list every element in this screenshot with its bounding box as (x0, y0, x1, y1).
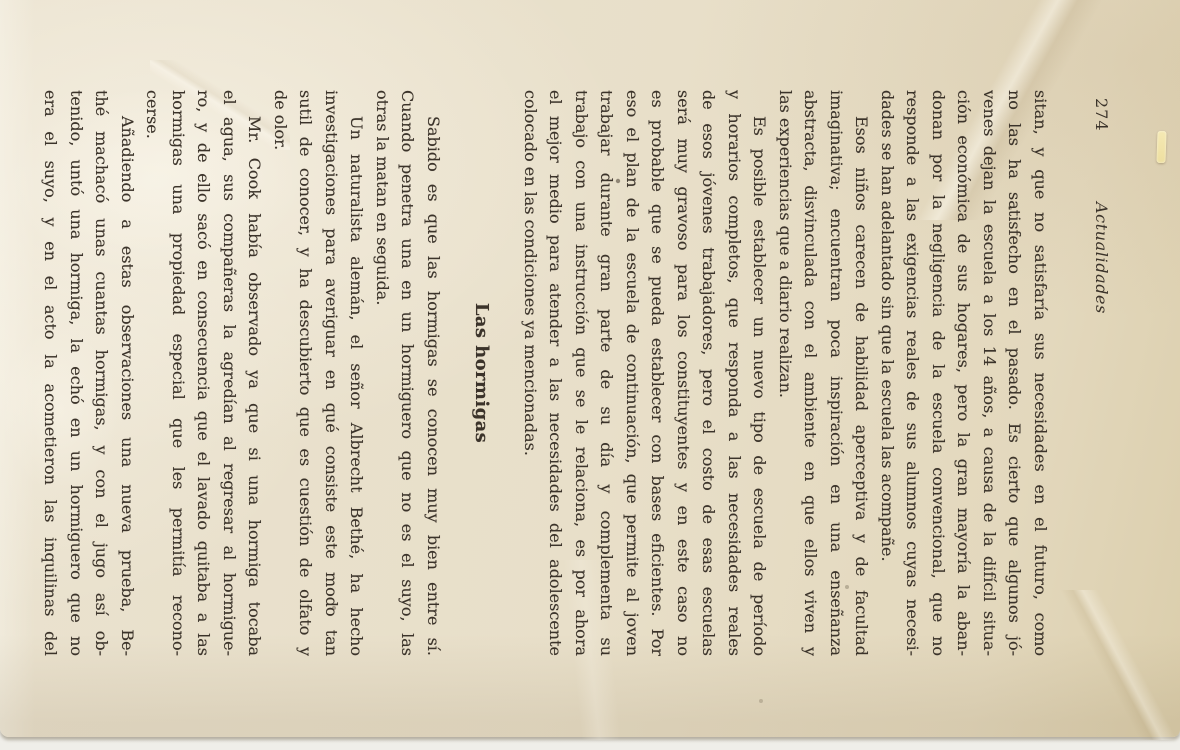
text-line: era el suyo, y en el acto la acometieron… (38, 90, 64, 656)
text-line: imaginativa; encuentran poca inspiración… (824, 90, 850, 656)
text-line: responde a las exigencias reales de sus … (900, 90, 926, 656)
text-line: otras la matan en seguida. (370, 90, 396, 656)
text-line: cerse. (140, 90, 166, 656)
text-line: Cuando penetra una en un hormiguero que … (395, 90, 421, 656)
text-line: dades se han adelantado sin que la escue… (875, 90, 901, 656)
text-line: hormigas una propiedad especial que les … (166, 90, 192, 656)
running-head: 274 Actualidades (1085, 90, 1111, 656)
text-line: el mejor medio para atender a las necesi… (543, 90, 569, 656)
text-line: Es posible establecer un nuevo tipo de e… (747, 90, 773, 656)
paragraph-block-2: Sabido es que las hormigas se conocen mu… (38, 90, 446, 656)
text-line: trabajo con una instrucción que se le re… (569, 90, 595, 656)
text-line: de olor. (268, 90, 294, 656)
text-line: las experiencias que a diario realizan. (773, 90, 799, 656)
text-line: Mr. Cook había observado ya que si una h… (242, 90, 268, 656)
page-number: 274 (1092, 98, 1111, 132)
text-line: venes dejan la escuela a los 14 años, a … (977, 90, 1003, 656)
text-line: Un naturalista alemán, el señor Albrecht… (344, 90, 370, 656)
text-line: el agua, sus compañeras la agredían al r… (217, 90, 243, 656)
text-line: colocado en las condiciones ya mencionad… (518, 90, 544, 656)
section-heading: Las hormigas (469, 90, 495, 656)
text-line: Esos niños carecen de habilidad apercept… (849, 90, 875, 656)
text-line: sitan, y que no satisfaría sus necesidad… (1028, 90, 1054, 656)
text-line: tenido, untó una hormiga, la echó en un … (64, 90, 90, 656)
running-head-title: Actualidades (1092, 202, 1111, 314)
text-line: de esos jóvenes trabajadores, pero el co… (696, 90, 722, 656)
text-line: sutil de conocer, y ha descubierto que e… (293, 90, 319, 656)
text-block: sitan, y que no satisfaría sus necesidad… (38, 90, 1053, 656)
text-line: Sabido es que las hormigas se conocen mu… (421, 90, 447, 656)
rotated-page-content: 274 Actualidades sitan, y que no satisfa… (0, 0, 1180, 750)
paragraph-block-1: sitan, y que no satisfaría sus necesidad… (518, 90, 1054, 656)
text-line: y horarios completos, que responda a las… (722, 90, 748, 656)
text-line: donan por la negligencia de la escuela c… (926, 90, 952, 656)
text-line: abstracta, disvinculada con el ambiente … (798, 90, 824, 656)
text-line: es probable que se pueda establecer con … (645, 90, 671, 656)
text-line: eso el plan de la escuela de continuació… (620, 90, 646, 656)
text-line: será muy gravoso para los constituyentes… (671, 90, 697, 656)
text-line: ro, y de ello sacó en consecuencia que e… (191, 90, 217, 656)
text-line: investigaciones para averiguar en qué co… (319, 90, 345, 656)
text-line: trabajar durante gran parte de su día y … (594, 90, 620, 656)
scanned-book-page: 274 Actualidades sitan, y que no satisfa… (0, 0, 1180, 750)
text-line: Añadiendo a estas observaciones una nuev… (115, 90, 141, 656)
text-line: thé machacó unas cuantas hormigas, y con… (89, 90, 115, 656)
text-line: no las ha satisfecho en el pasado. Es ci… (1002, 90, 1028, 656)
text-line: ción económica de sus hogares, pero la g… (951, 90, 977, 656)
